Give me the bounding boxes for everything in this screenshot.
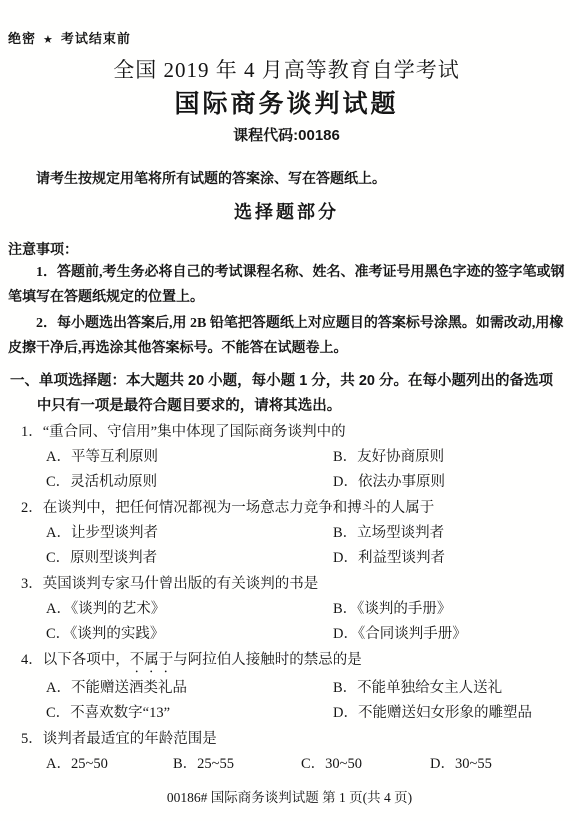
question-stem: 3．英国谈判专家马什曾出版的有关谈判的书是 xyxy=(21,572,565,597)
classification-line: 绝密★考试结束前 xyxy=(8,28,565,47)
option-c: C．《谈判的实践》 xyxy=(46,622,333,647)
option-a: A．让步型谈判者 xyxy=(46,521,333,546)
note-item-2: 2．每小题选出答案后,用 2B 铅笔把答题纸上对应题目的答案标号涂黑。如需改动,… xyxy=(8,311,565,361)
question-stem: 1．“重合同、守信用”集中体现了国际商务谈判中的 xyxy=(21,420,565,445)
question-stem: 2．在谈判中，把任何情况都视为一场意志力竞争和搏斗的人属于 xyxy=(21,496,565,521)
option-c: C．灵活机动原则 xyxy=(46,470,333,495)
part1-heading: 一、单项选择题：本大题共 20 小题，每小题 1 分，共 20 分。在每小题列出… xyxy=(10,369,565,419)
option-b: B．友好协商原则 xyxy=(333,445,565,470)
classification-label: 绝密 xyxy=(8,31,36,46)
question-5: 5．谈判者最适宜的年龄范围是 A．25~50 B．25~55 C．30~50 D… xyxy=(8,727,565,777)
course-code: 课程代码:00186 xyxy=(8,126,565,146)
option-d: D．《合同谈判手册》 xyxy=(333,622,565,647)
question-number: 2． xyxy=(21,500,43,516)
question-stem-text: “重合同、守信用”集中体现了国际商务谈判中的 xyxy=(43,424,346,440)
exam-paper-page: 绝密★考试结束前 全国 2019 年 4 月高等教育自学考试 国际商务谈判试题 … xyxy=(0,0,579,821)
option-b: B．25~55 xyxy=(173,752,301,777)
option-a: A．25~50 xyxy=(46,752,173,777)
notes-heading: 注意事项： xyxy=(8,239,565,259)
exam-subject-title: 国际商务谈判试题 xyxy=(8,88,565,120)
option-c: C．30~50 xyxy=(301,752,430,777)
question-stem-text: 谈判者最适宜的年龄范围是 xyxy=(43,731,217,747)
question-stem: 4．以下各项中，不属于与阿拉伯人接触时的禁忌的是 xyxy=(21,648,565,676)
part1-heading-text: 单项选择题：本大题共 20 小题，每小题 1 分，共 20 分。在每小题列出的备… xyxy=(37,373,553,414)
option-a: A．《谈判的艺术》 xyxy=(46,597,333,622)
option-c: C．不喜欢数字“13” xyxy=(46,701,333,726)
exam-session-title: 全国 2019 年 4 月高等教育自学考试 xyxy=(8,56,565,84)
question-options: A．平等互利原则 B．友好协商原则 C．灵活机动原则 D．依法办事原则 xyxy=(46,445,565,495)
question-number: 5． xyxy=(21,731,43,747)
question-stem-emphasis: 不属于 xyxy=(130,652,174,668)
note-item-1: 1．答题前,考生务必将自己的考试课程名称、姓名、准考证号用黑色字迹的签字笔或钢笔… xyxy=(8,260,565,310)
question-stem-text: 英国谈判专家马什曾出版的有关谈判的书是 xyxy=(43,576,319,592)
answer-sheet-instruction: 请考生按规定用笔将所有试题的答案涂、写在答题纸上。 xyxy=(8,170,565,190)
question-stem-text: 在谈判中，把任何情况都视为一场意志力竞争和搏斗的人属于 xyxy=(43,500,435,516)
question-number: 3． xyxy=(21,576,43,592)
page-footer: 00186# 国际商务谈判试题 第 1 页(共 4 页) xyxy=(0,789,579,807)
timing-label: 考试结束前 xyxy=(61,31,131,46)
star-icon: ★ xyxy=(43,34,54,46)
question-options: A．让步型谈判者 B．立场型谈判者 C．原则型谈判者 D．利益型谈判者 xyxy=(46,521,565,571)
option-a: A．不能赠送酒类礼品 xyxy=(46,676,333,701)
question-stem-pre: 以下各项中， xyxy=(43,652,130,668)
question-3: 3．英国谈判专家马什曾出版的有关谈判的书是 A．《谈判的艺术》 B．《谈判的手册… xyxy=(8,572,565,647)
question-number: 1． xyxy=(21,424,43,440)
option-d: D．依法办事原则 xyxy=(333,470,565,495)
option-d: D．不能赠送妇女形象的雕塑品 xyxy=(333,701,565,726)
question-options: A．不能赠送酒类礼品 B．不能单独给女主人送礼 C．不喜欢数字“13” D．不能… xyxy=(46,676,565,726)
question-stem: 5．谈判者最适宜的年龄范围是 xyxy=(21,727,565,752)
question-number: 4． xyxy=(21,652,43,668)
part1-heading-prefix: 一、 xyxy=(10,373,39,389)
question-options: A．《谈判的艺术》 B．《谈判的手册》 C．《谈判的实践》 D．《合同谈判手册》 xyxy=(46,597,565,647)
option-b: B．立场型谈判者 xyxy=(333,521,565,546)
option-b: B．《谈判的手册》 xyxy=(333,597,565,622)
question-2: 2．在谈判中，把任何情况都视为一场意志力竞争和搏斗的人属于 A．让步型谈判者 B… xyxy=(8,496,565,571)
option-b: B．不能单独给女主人送礼 xyxy=(333,676,565,701)
question-stem-post: 与阿拉伯人接触时的禁忌的是 xyxy=(173,652,362,668)
section-title: 选择题部分 xyxy=(8,199,565,225)
option-d: D．30~55 xyxy=(430,752,565,777)
question-1: 1．“重合同、守信用”集中体现了国际商务谈判中的 A．平等互利原则 B．友好协商… xyxy=(8,420,565,495)
question-4: 4．以下各项中，不属于与阿拉伯人接触时的禁忌的是 A．不能赠送酒类礼品 B．不能… xyxy=(8,648,565,726)
option-a: A．平等互利原则 xyxy=(46,445,333,470)
option-c: C．原则型谈判者 xyxy=(46,546,333,571)
option-d: D．利益型谈判者 xyxy=(333,546,565,571)
question-options: A．25~50 B．25~55 C．30~50 D．30~55 xyxy=(46,752,565,777)
